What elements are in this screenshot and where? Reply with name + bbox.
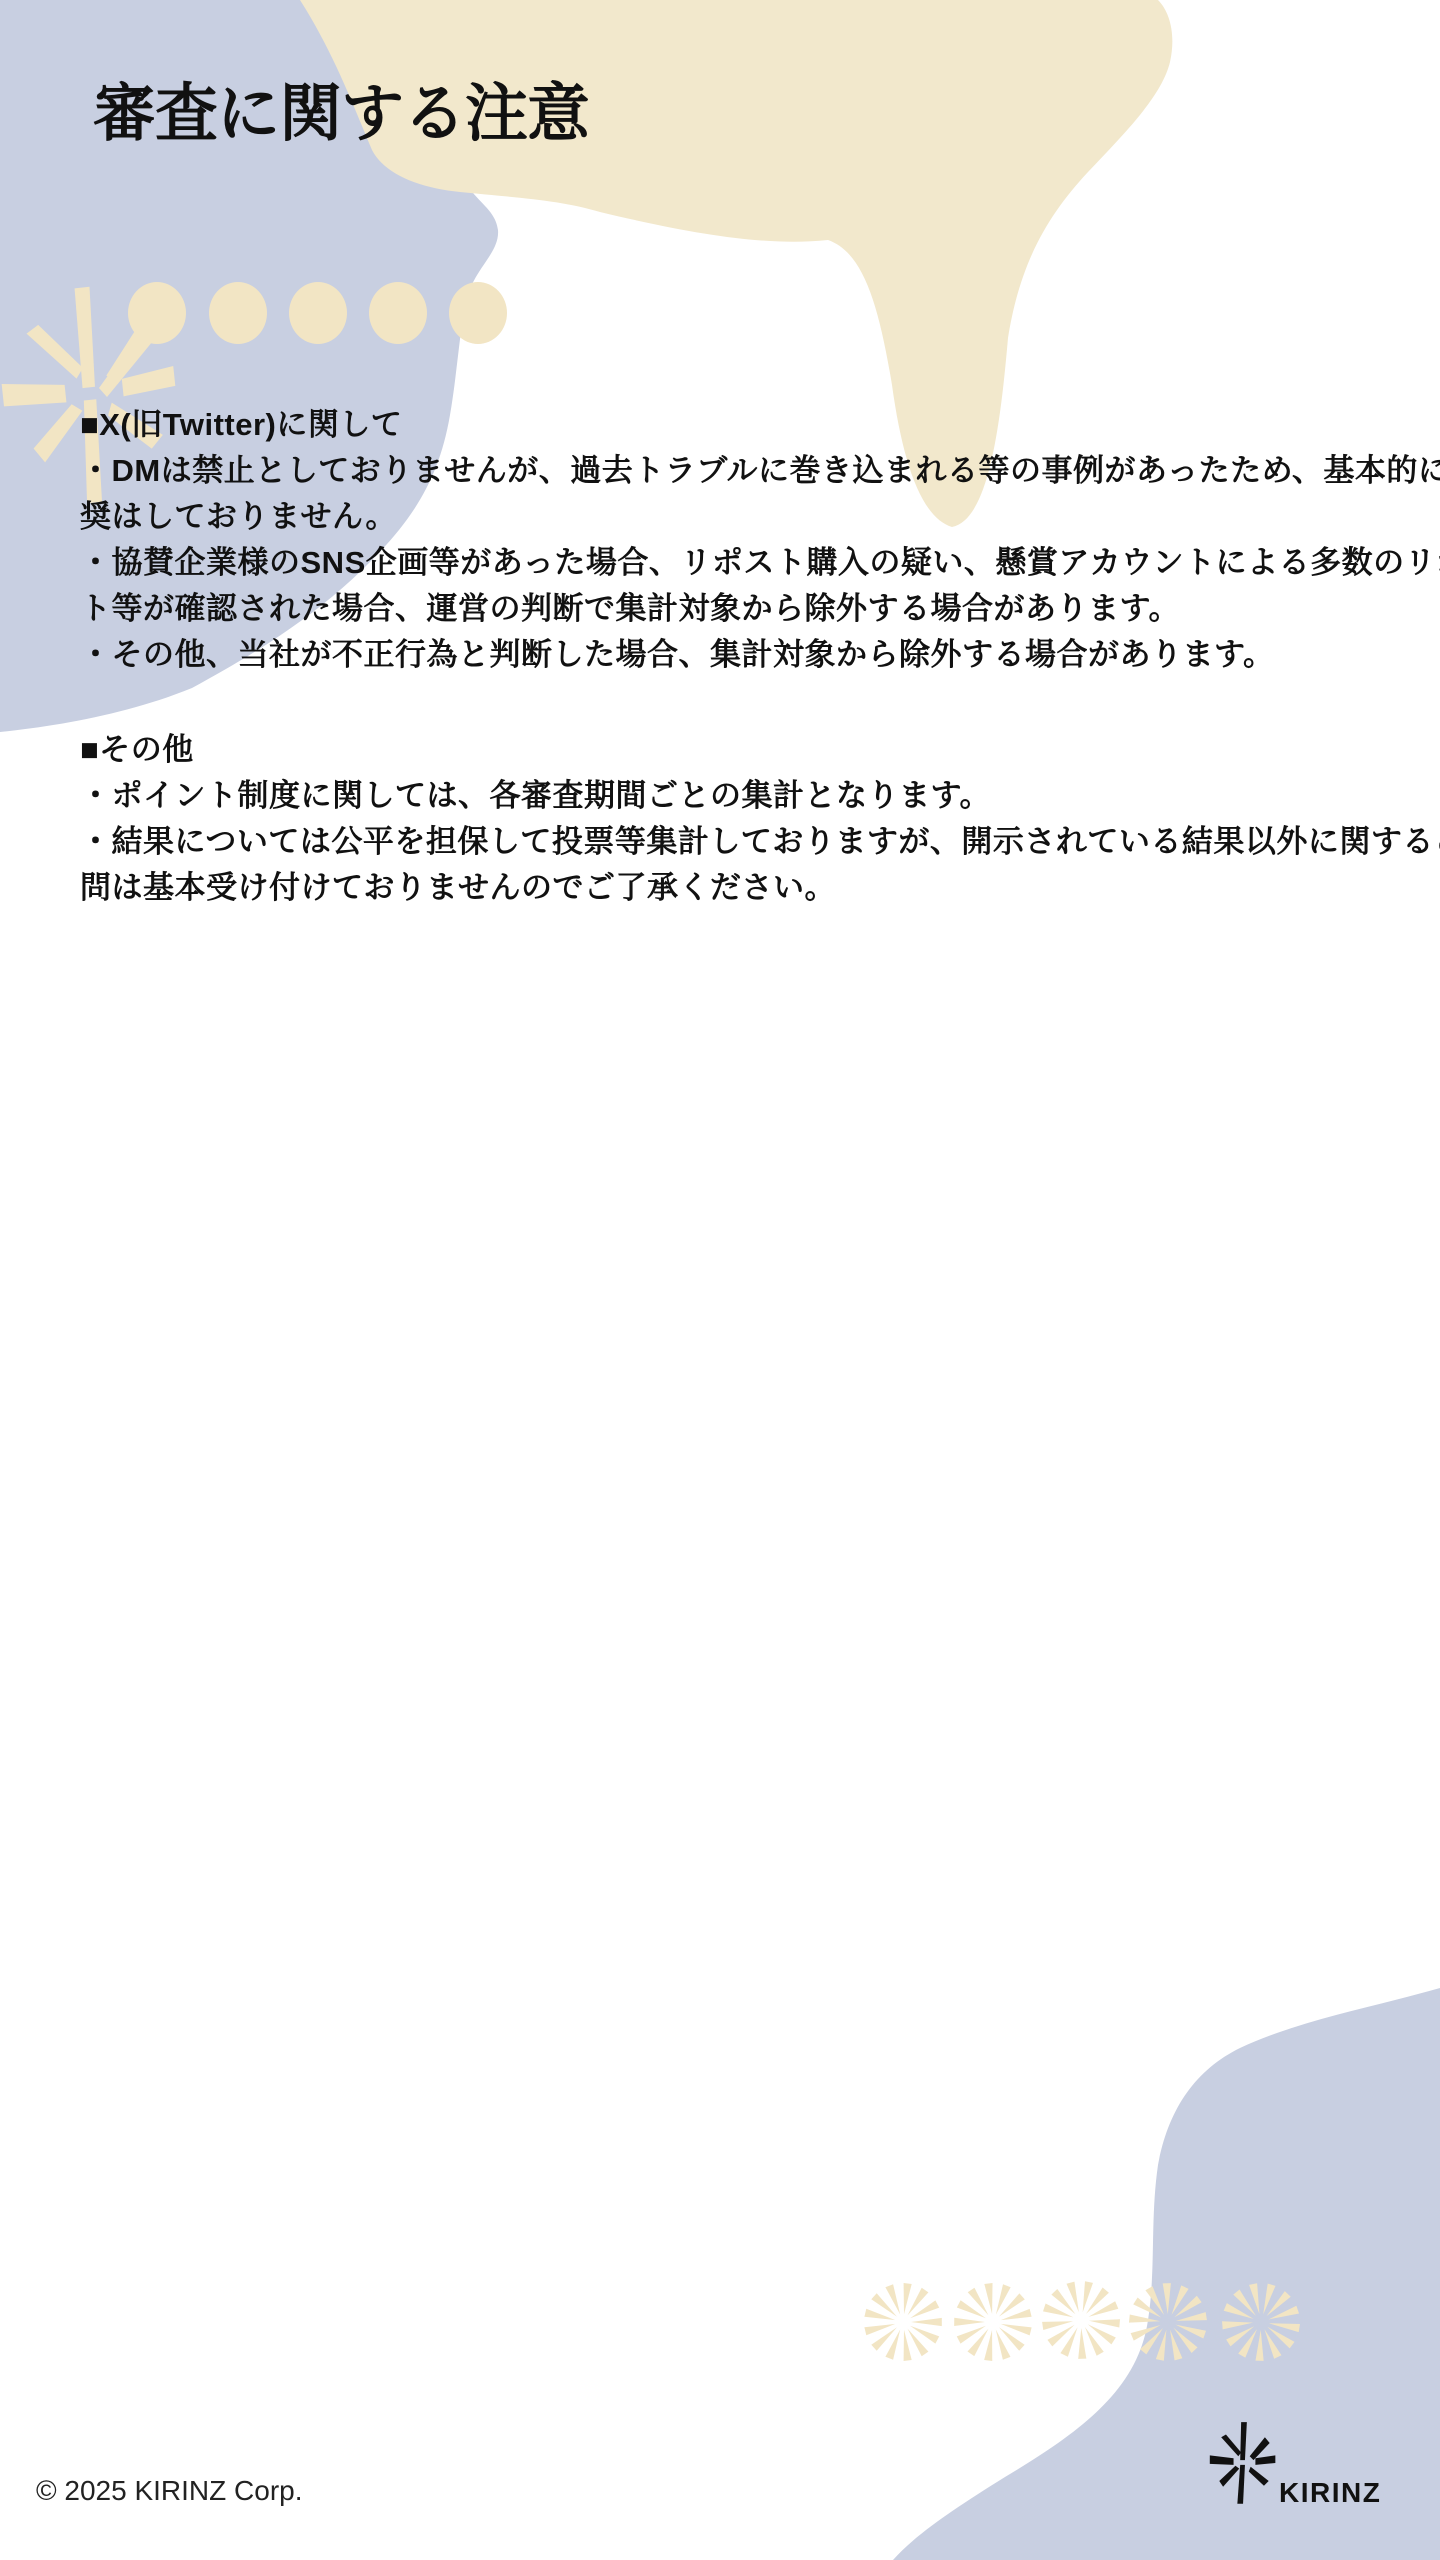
dot-icon xyxy=(449,282,507,344)
background-decorations xyxy=(0,0,1440,2560)
body-line: 奨はしておりません。 xyxy=(80,494,1380,540)
body-line: ・その他、当社が不正行為と判断した場合、集計対象から除外する場合があります。 xyxy=(80,632,1380,678)
body-line: ・ポイント制度に関しては、各審査期間ごとの集計となります。 xyxy=(80,773,1380,819)
body-line: 問は基本受け付けておりませんのでご了承ください。 xyxy=(80,865,1380,911)
bottom-right-blob xyxy=(893,1988,1440,2560)
body-line: ・結果については公平を担保して投票等集計しておりますが、開示されている結果以外に… xyxy=(80,819,1380,865)
brand-wordmark: KIRINZ xyxy=(1279,2477,1381,2509)
pinwheel-icon xyxy=(864,2283,941,2361)
body-line: ・DMは禁止としておりませんが、過去トラブルに巻き込まれる等の事例があったため、… xyxy=(80,448,1380,494)
body-line: ト等が確認された場合、運営の判断で集計対象から除外する場合があります。 xyxy=(80,586,1380,632)
section-x-twitter: ■X(旧Twitter)に関して ・DMは禁止としておりませんが、過去トラブルに… xyxy=(80,402,1380,678)
notice-page: 審査に関する注意 ■X(旧Twitter)に関して ・DMは禁止としておりません… xyxy=(0,0,1440,2560)
page-title: 審査に関する注意 xyxy=(93,80,589,149)
dot-icon xyxy=(289,282,347,344)
pinwheel-icon xyxy=(946,2275,1040,2369)
pinwheel-icon xyxy=(1039,2278,1123,2362)
body-line: ・協賛企業様のSNS企画等があった場合、リポスト購入の疑い、懸賞アカウントによる… xyxy=(80,540,1380,586)
copyright-text: © 2025 KIRINZ Corp. xyxy=(36,2475,303,2507)
section-other: ■その他 ・ポイント制度に関しては、各審査期間ごとの集計となります。 ・結果につ… xyxy=(80,727,1380,911)
dot-icon xyxy=(369,282,427,344)
dot-icon xyxy=(209,282,267,344)
section-heading: ■X(旧Twitter)に関して xyxy=(80,402,1380,448)
section-heading: ■その他 xyxy=(80,727,1380,773)
